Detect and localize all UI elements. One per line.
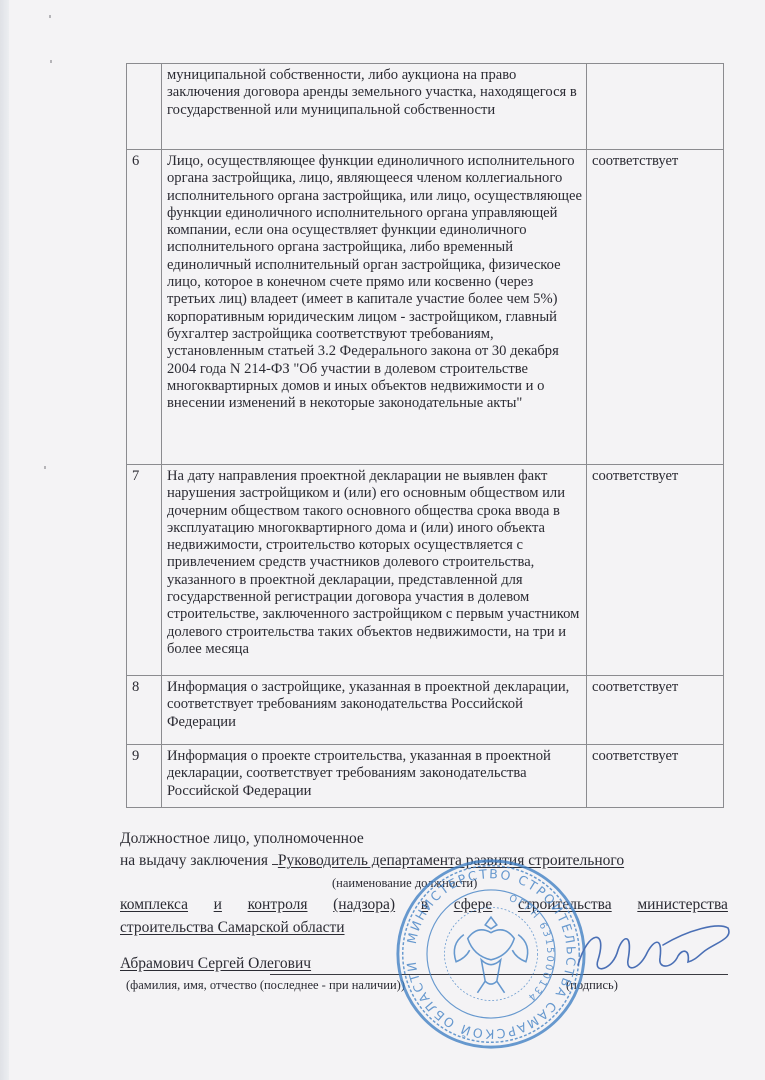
- table-row: 6 Лицо, осуществляющее функции единоличн…: [127, 150, 724, 465]
- row-result: [587, 64, 724, 150]
- table-row: 8 Информация о застройщике, указанная в …: [127, 676, 724, 745]
- official-label-prefix: на выдачу заключения: [120, 852, 268, 869]
- row-number: 6: [127, 150, 162, 465]
- row-result: соответствует: [587, 745, 724, 808]
- scan-speck: [49, 15, 51, 18]
- table-row: 9 Информация о проекте строительства, ук…: [127, 745, 724, 808]
- table-row: муниципальной собственности, либо аукцио…: [127, 64, 724, 150]
- scan-speck: [44, 466, 46, 469]
- row-criterion: Информация о проекте строительства, указ…: [162, 745, 587, 808]
- row-result: соответствует: [587, 150, 724, 465]
- scan-speck: [50, 60, 52, 63]
- official-stamp-icon: МИНИСТЕРСТВО СТРОИТЕЛЬСТВА САМАРСКОЙ ОБЛ…: [394, 857, 588, 1051]
- position-title-part3: строительства Самарской области: [120, 919, 345, 937]
- row-number: [127, 64, 162, 150]
- row-result: соответствует: [587, 676, 724, 745]
- name-caption: (фамилия, имя, отчество (последнее - при…: [126, 978, 405, 993]
- row-number: 9: [127, 745, 162, 808]
- table-row: 7 На дату направления проектной декларац…: [127, 465, 724, 676]
- scan-page-edge: [0, 0, 9, 1080]
- svg-text:ОГРН 6315000134: ОГРН 6315000134: [507, 893, 555, 1004]
- signature-icon: [568, 920, 738, 980]
- row-result: соответствует: [587, 465, 724, 676]
- official-label-line1: Должностное лицо, уполномоченное: [120, 830, 364, 848]
- row-number: 7: [127, 465, 162, 676]
- conclusion-table: муниципальной собственности, либо аукцио…: [126, 63, 724, 808]
- row-criterion: муниципальной собственности, либо аукцио…: [162, 64, 587, 150]
- row-criterion: Лицо, осуществляющее функции единоличног…: [162, 150, 587, 465]
- official-full-name: Абрамович Сергей Олегович: [120, 955, 311, 973]
- row-criterion: На дату направления проектной декларации…: [162, 465, 587, 676]
- row-criterion: Информация о застройщике, указанная в пр…: [162, 676, 587, 745]
- official-label-line2: на выдачу заключения Руководитель департ…: [120, 852, 624, 870]
- row-number: 8: [127, 676, 162, 745]
